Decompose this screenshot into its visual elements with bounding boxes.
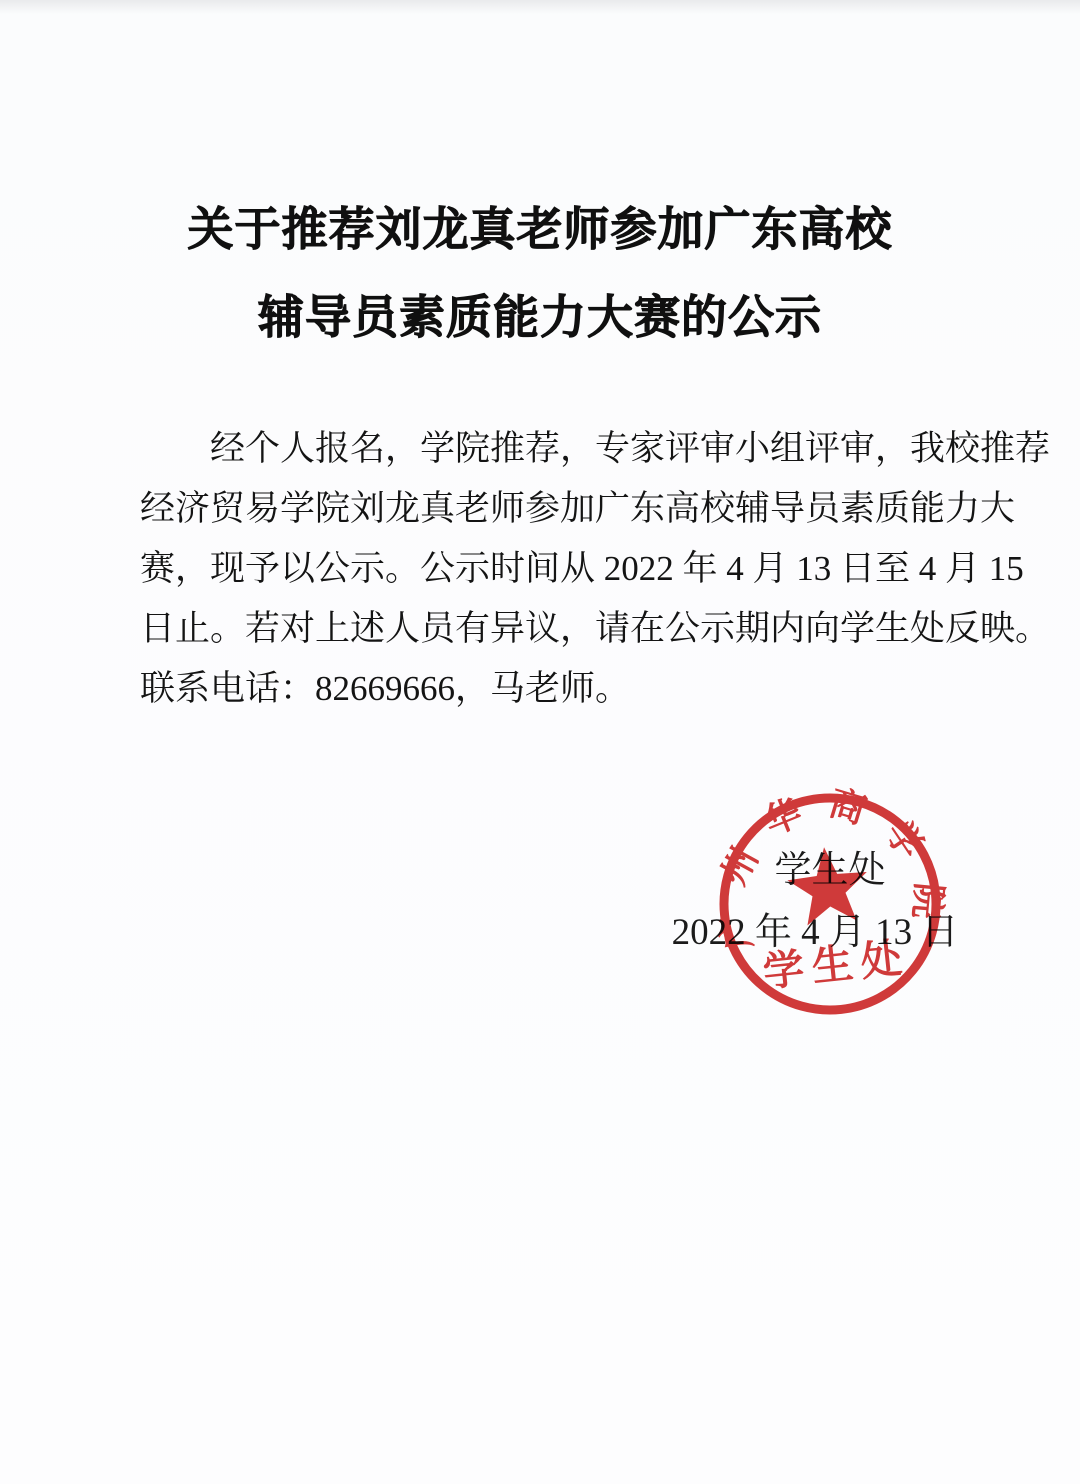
body-line: 赛，现予以公示。公示时间从 2022 年 4 月 13 日至 4 月 15	[140, 539, 942, 599]
title-line-1: 关于推荐刘龙真老师参加广东高校	[0, 193, 1080, 259]
title-line-2: 辅导员素质能力大赛的公示	[0, 281, 1080, 347]
body-line: 经济贸易学院刘龙真老师参加广东高校辅导员素质能力大	[140, 479, 942, 539]
document-page: 关于推荐刘龙真老师参加广东高校 辅导员素质能力大赛的公示 经个人报名，学院推荐，…	[0, 0, 1080, 1484]
seal-bottom-text: 学生处	[761, 934, 912, 995]
body-line: 经个人报名，学院推荐，专家评审小组评审，我校推荐	[140, 419, 942, 479]
body-line-contact: 联系电话：82669666，马老师。	[140, 659, 942, 719]
body-line: 日止。若对上述人员有异议，请在公示期内向学生处反映。	[140, 599, 942, 659]
body-paragraph: 经个人报名，学院推荐，专家评审小组评审，我校推荐 经济贸易学院刘龙真老师参加广东…	[140, 419, 942, 719]
star-icon	[784, 843, 871, 927]
official-seal: 广州华商学院 学生处	[697, 771, 963, 1037]
